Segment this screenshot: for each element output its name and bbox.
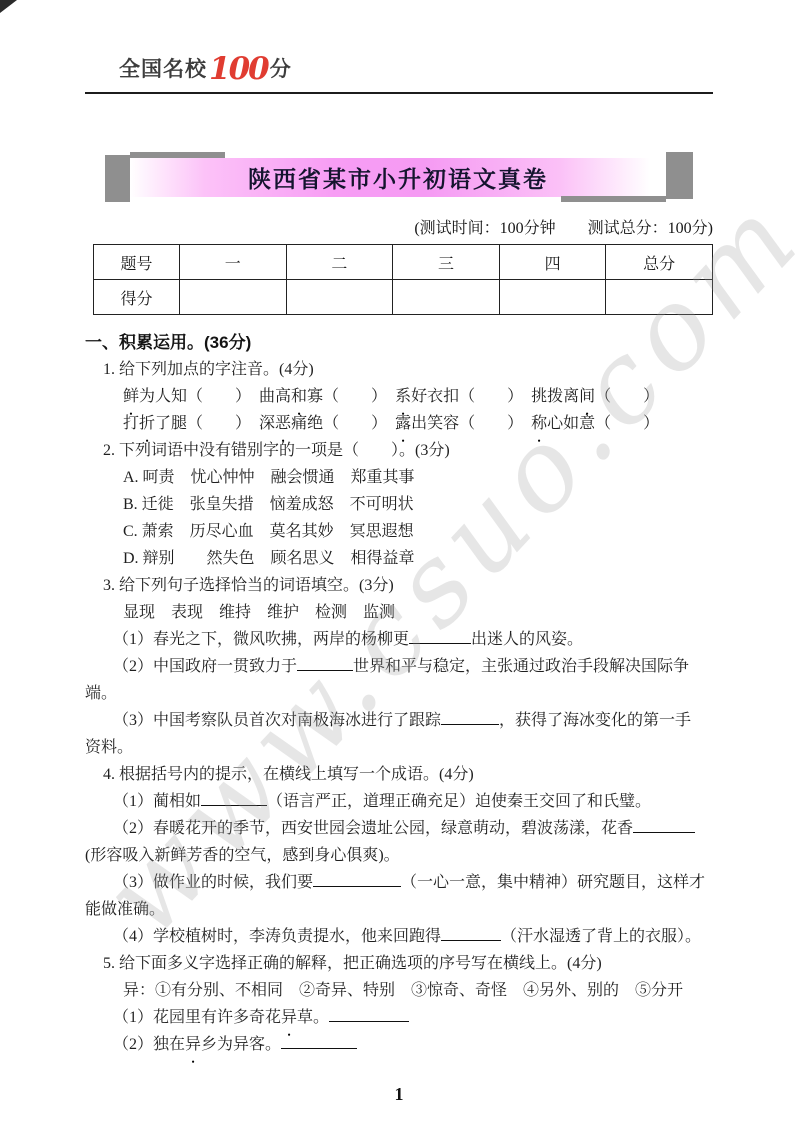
brand-score-number: 100 [207,51,270,87]
line-text: 出迷人的风姿。 [471,631,583,648]
score-cell-empty [180,280,287,315]
score-cell-empty [286,280,393,315]
line-text: 出笑容（ ） [411,415,531,432]
brand-logo: 全国名校100分 [119,52,713,86]
answer-blank [409,628,471,644]
line-text: （1）花园里有许多奇花 [113,1009,281,1026]
line-text: （语言严正，道理正确充足）迫使秦王交回了和氏璧。 [267,793,651,810]
section-heading: 一、积累运用。(36分) [85,328,713,353]
score-table-header-cell: 三 [393,245,500,280]
score-cell-empty [393,280,500,315]
answer-blank [441,709,499,725]
page-title: 陕西省某市小升初语文真卷 [248,161,548,194]
text-line: B. 迁徙 张皇失措 恼羞成怒 不可明状 [123,491,713,518]
question-area: 1. 给下列加点的字注音。(4分)鲜为人知（ ） 曲高和寡（ ） 系好衣扣（ ）… [85,356,713,1058]
text-line: （3）中国考察队员首次对南极海冰进行了跟踪，获得了海冰变化的第一手 [113,707,713,734]
answer-blank [441,925,501,941]
answer-blank [313,871,401,887]
line-text: （3）做作业的时候，我们要 [113,874,313,891]
score-table-header-cell: 四 [499,245,606,280]
line-text: 2. 下列词语中没有错别字的一项是（ ）。(3分) [103,442,450,459]
text-line: A. 呵责 忧心忡忡 融会惯通 郑重其事 [123,464,713,491]
line-text: 寡（ ） [307,388,395,405]
score-cell-empty [606,280,713,315]
emphasized-char: 鲜 [123,383,139,410]
answer-blank [297,655,353,671]
text-line: 4. 根据括号内的提示，在横线上填写一个成语。(4分) [103,761,713,788]
score-table-header-cell: 总分 [606,245,713,280]
page-number: 1 [85,1084,713,1105]
text-line: 资料。 [85,734,713,761]
line-text: (形容吸入新鲜芳香的空气，感到身心俱爽)。 [85,847,400,864]
text-line: 显现 表现 维持 维护 检测 监测 [123,599,713,626]
line-text: （2）春暖花开的季节，西安世园会遗址公园，绿意萌动，碧波荡漾，花香 [113,820,633,837]
score-table-header-cell: 二 [286,245,393,280]
exam-page: www.csuo.com 全国名校100分 陕西省某市小升初语文真卷 (测试时间… [0,0,798,1122]
line-text: A. 呵责 忧心忡忡 融会惯通 郑重其事 [123,469,415,486]
header-divider [85,92,713,94]
text-line: （4）学校植树时，李涛负责提水，他来回跑得（汗水湿透了背上的衣服）。 [113,923,713,950]
line-text: 端。 [85,685,117,702]
emphasized-char: 折 [139,410,155,437]
line-text: 1. 给下列加点的字注音。(4分) [103,361,314,378]
text-line: 异：①有分别、不相同 ②奇异、特别 ③惊奇、奇怪 ④另外、别的 ⑤分开 [123,977,713,1004]
line-text: 世界和平与稳定，主张通过政治手段解决国际争 [353,658,689,675]
line-text: （1）蔺相如 [113,793,201,810]
text-line: 打折了腿（ ） 深恶痛绝（ ） 露出笑容（ ） 称心如意（ ） [123,410,713,437]
text-line: （2）春暖花开的季节，西安世园会遗址公园，绿意萌动，碧波荡漾，花香 [113,815,713,842]
line-text: 能做准确。 [85,901,165,918]
test-time-and-score: (测试时间：100分钟 测试总分：100分) [85,215,713,238]
emphasized-char: 称 [531,410,547,437]
emphasized-char: 和 [291,383,307,410]
answer-blank [329,1006,409,1022]
line-text: C. 萧索 历尽心血 莫名其妙 冥思遐想 [123,523,414,540]
score-table: 题号一二三四总分得分 [93,244,713,315]
line-text: 心如意（ ） [547,415,659,432]
text-line: 5. 给下面多义字选择正确的解释，把正确选项的序号写在横线上。(4分) [103,950,713,977]
page-content: 全国名校100分 陕西省某市小升初语文真卷 (测试时间：100分钟 测试总分：1… [0,52,798,1105]
line-text: 草。 [297,1009,329,1026]
line-text: （汗水湿透了背上的衣服）。 [501,928,701,945]
emphasized-char: 间 [579,383,595,410]
answer-blank [633,817,695,833]
line-text: 为人知（ ） 曲高 [139,388,291,405]
score-table-header-cell: 一 [180,245,287,280]
banner-block-right [666,152,693,199]
banner-ribbon: 陕西省某市小升初语文真卷 [130,158,666,197]
score-cell-empty [499,280,606,315]
text-line: （1）蔺相如（语言严正，道理正确充足）迫使秦王交回了和氏璧。 [113,788,713,815]
line-text: （2）中国政府一贯致力于 [113,658,297,675]
answer-blank [281,1033,357,1049]
title-banner: 陕西省某市小升初语文真卷 [105,152,693,202]
brand-suffix: 分 [270,58,292,81]
line-text: （1）春光之下，微风吹拂，两岸的杨柳更 [113,631,409,648]
text-line: (形容吸入新鲜芳香的空气，感到身心俱爽)。 [85,842,713,869]
line-text: 乡为异客。 [201,1036,281,1053]
text-line: （2）独在异乡为异客。 [113,1031,713,1058]
text-line: （1）花园里有许多奇花异草。 [113,1004,713,1031]
text-line: 2. 下列词语中没有错别字的一项是（ ）。(3分) [103,437,713,464]
line-text: 痛绝（ ） [291,415,395,432]
line-text: （3）中国考察队员首次对南极海冰进行了跟踪 [113,712,441,729]
emphasized-char: 系 [395,383,411,410]
line-text: 异：①有分别、不相同 ②奇异、特别 ③惊奇、奇怪 ④另外、别的 ⑤分开 [123,982,683,999]
line-text: 3. 给下列句子选择恰当的词语填空。(3分) [103,577,394,594]
text-line: D. 辩别 然失色 顾名思义 相得益章 [123,545,713,572]
text-line: 能做准确。 [85,896,713,923]
score-row-label: 得分 [94,280,180,315]
line-text: 4. 根据括号内的提示，在横线上填写一个成语。(4分) [103,766,474,783]
line-text: （一心一意，集中精神）研究题目，这样才 [401,874,705,891]
line-text: （ ） [595,388,659,405]
emphasized-char: 异 [281,1004,297,1031]
text-line: 端。 [85,680,713,707]
text-line: （2）中国政府一贯致力于世界和平与稳定，主张通过政治手段解决国际争 [113,653,713,680]
answer-blank [201,790,267,806]
text-line: C. 萧索 历尽心血 莫名其妙 冥思遐想 [123,518,713,545]
text-line: 1. 给下列加点的字注音。(4分) [103,356,713,383]
line-text: （4）学校植树时，李涛负责提水，他来回跑得 [113,928,441,945]
banner-block-left [105,155,130,202]
line-text: 了腿（ ） 深 [155,415,275,432]
scan-corner-mark [0,0,17,13]
banner-strip-bottom [561,196,666,202]
text-line: 鲜为人知（ ） 曲高和寡（ ） 系好衣扣（ ） 挑拨离间（ ） [123,383,713,410]
text-line: （3）做作业的时候，我们要（一心一意，集中精神）研究题目，这样才 [113,869,713,896]
text-line: 3. 给下列句子选择恰当的词语填空。(3分) [103,572,713,599]
emphasized-char: 异 [185,1031,201,1058]
score-table-header-cell: 题号 [94,245,180,280]
text-line: （1）春光之下，微风吹拂，两岸的杨柳更出迷人的风姿。 [113,626,713,653]
emphasized-char: 恶 [275,410,291,437]
brand-prefix: 全国名校 [119,58,207,81]
line-text: D. 辩别 然失色 顾名思义 相得益章 [123,550,415,567]
line-text: 好衣扣（ ） 挑拨离 [411,388,579,405]
line-text: B. 迁徙 张皇失措 恼羞成怒 不可明状 [123,496,414,513]
emphasized-char: 露 [395,410,411,437]
line-text: ，获得了海冰变化的第一手 [499,712,691,729]
line-text: （2）独在 [113,1036,185,1053]
line-text: 5. 给下面多义字选择正确的解释，把正确选项的序号写在横线上。(4分) [103,955,602,972]
line-text: 显现 表现 维持 维护 检测 监测 [123,604,395,621]
line-text: 资料。 [85,739,133,756]
